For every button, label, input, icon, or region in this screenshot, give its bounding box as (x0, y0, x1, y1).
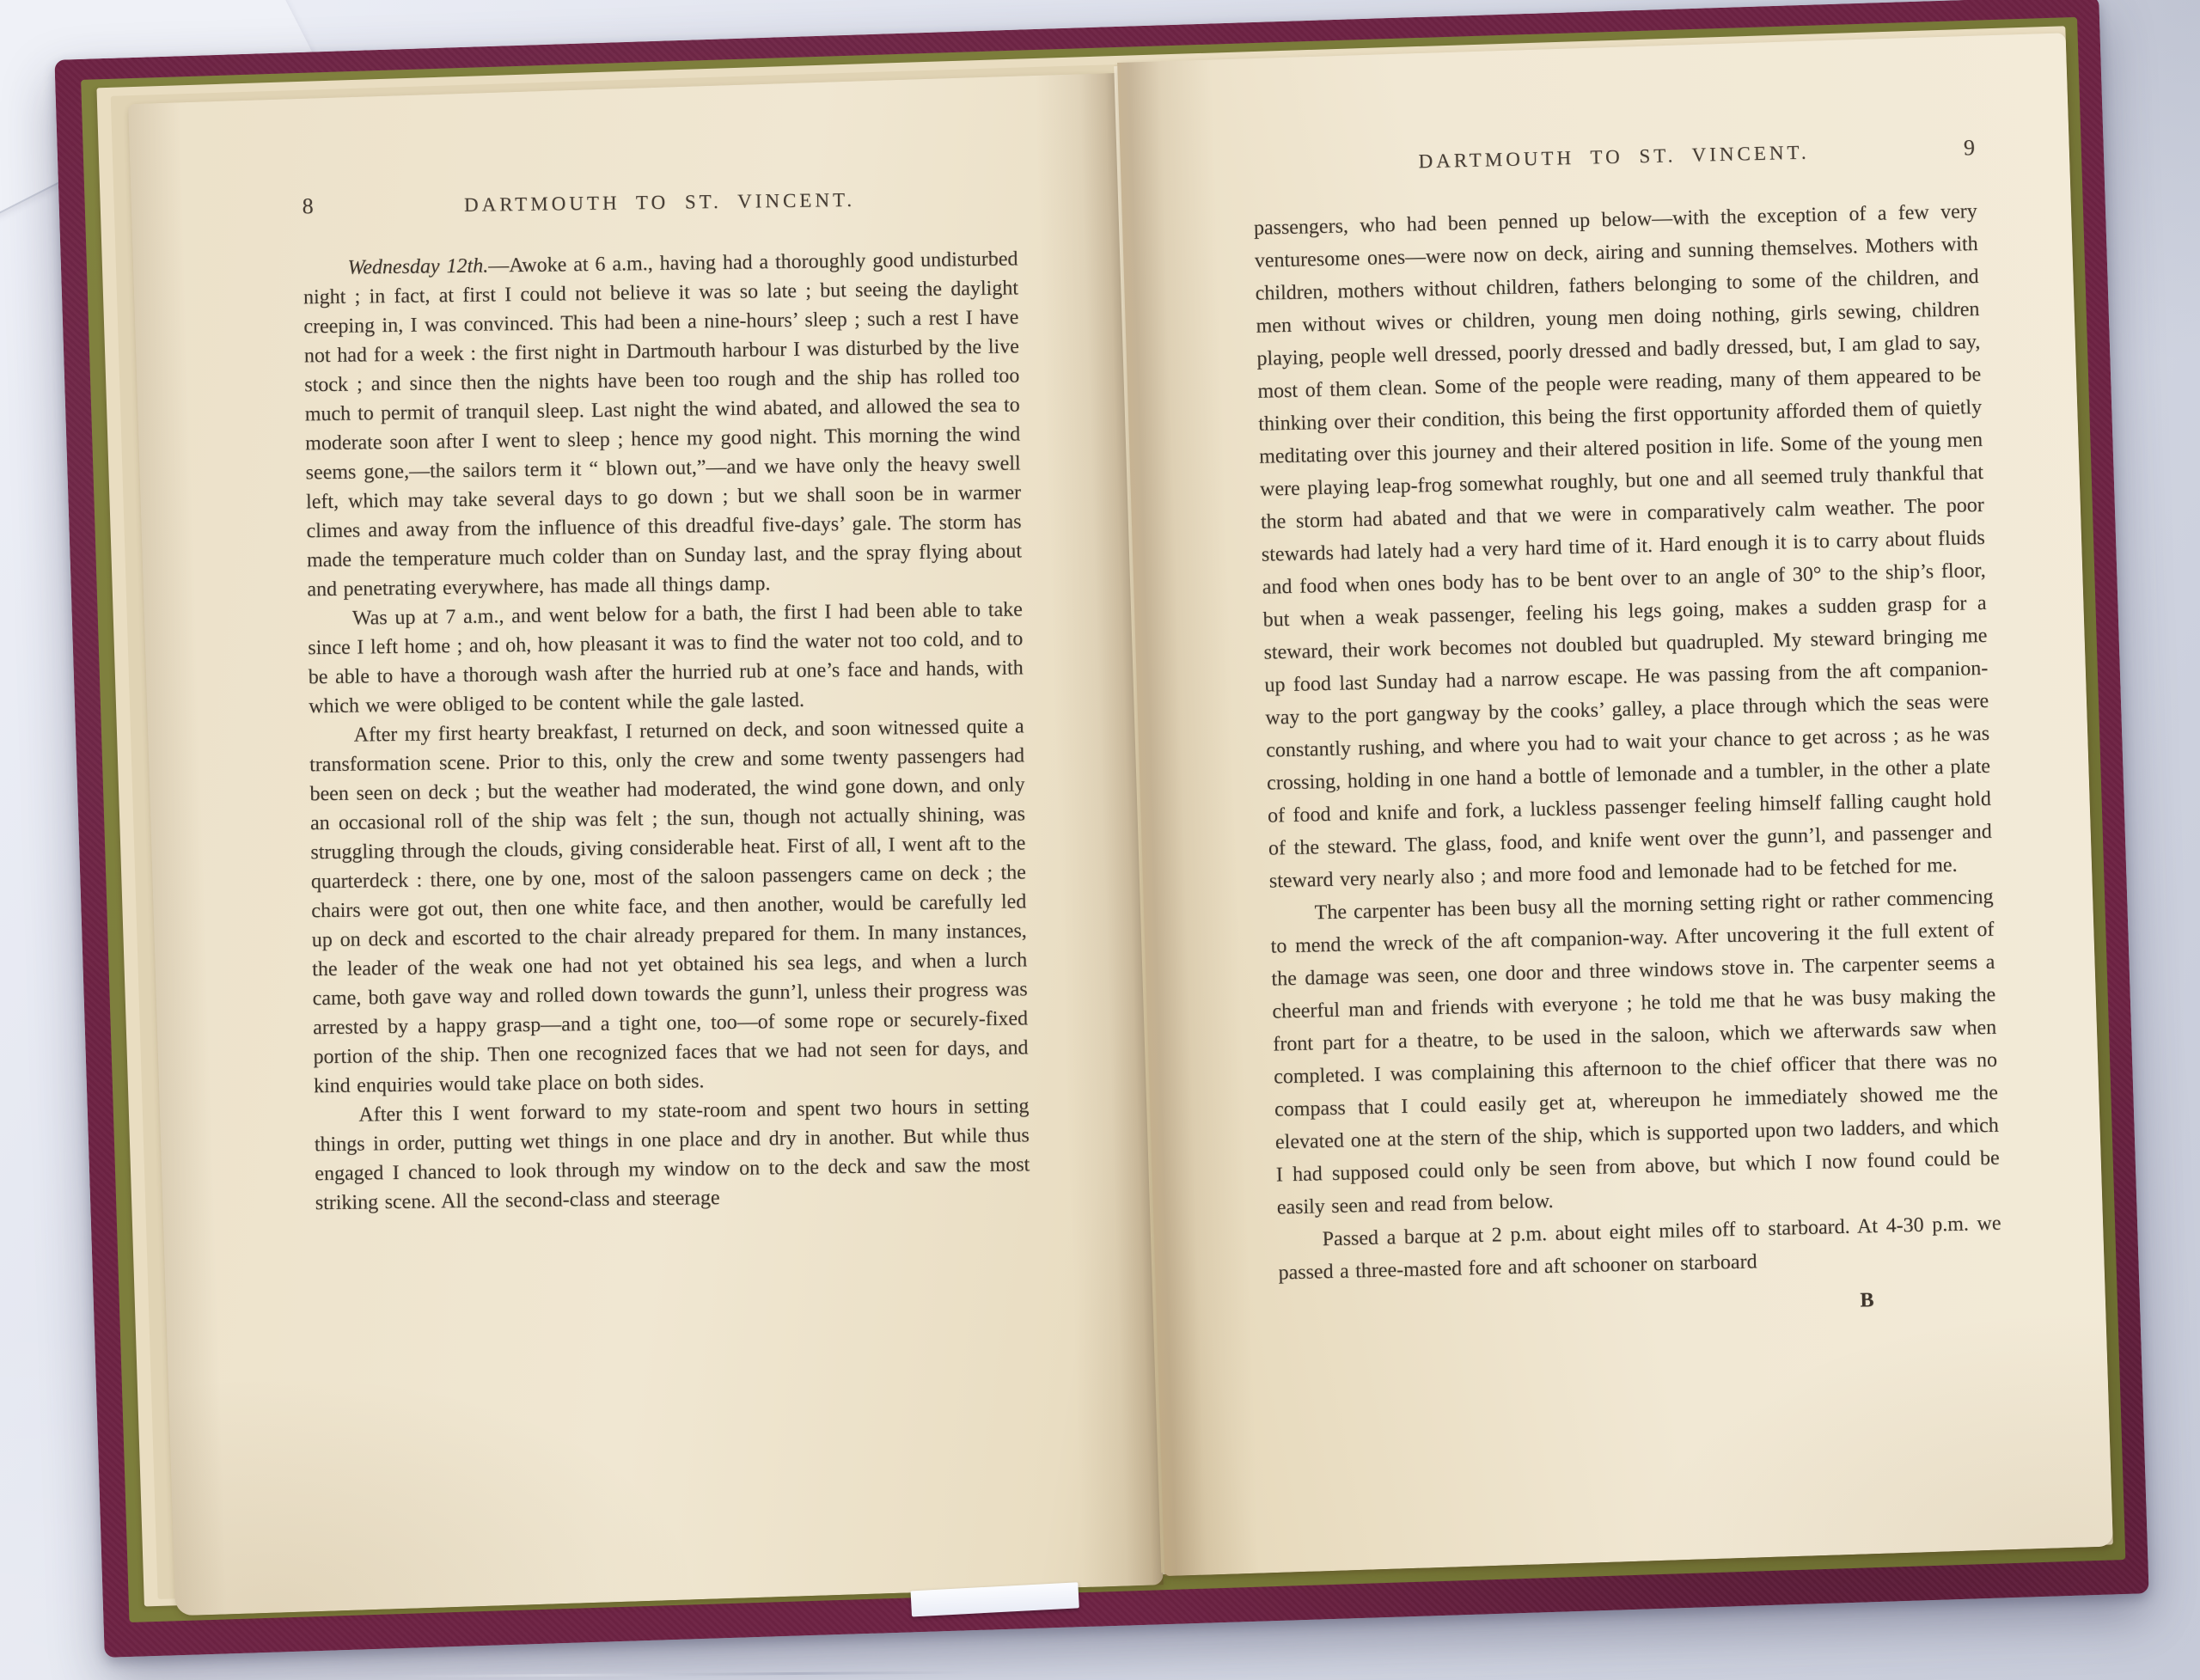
photo-background: 8 DARTMOUTH TO ST. VINCENT. Wednesday 12… (0, 0, 2200, 1680)
paragraph-date-lead: Wednesday 12th. (347, 255, 488, 279)
left-page-number: 8 (302, 192, 362, 219)
right-page-header: DARTMOUTH TO ST. VINCENT. 9 (1252, 135, 1976, 178)
paragraph: passengers, who had been penned up below… (1253, 195, 1993, 898)
right-page-text: passengers, who had been penned up below… (1253, 195, 2002, 1330)
left-page-text: Wednesday 12th.—Awoke at 6 a.m., having … (302, 244, 1030, 1218)
paragraph: Was up at 7 a.m., and went below for a b… (308, 595, 1024, 721)
book: 8 DARTMOUTH TO ST. VINCENT. Wednesday 12… (54, 0, 2148, 1658)
signature-mark: B (1279, 1281, 2003, 1331)
paragraph-text: —Awoke at 6 a.m., having had a thoroughl… (303, 247, 1022, 601)
left-running-head: DARTMOUTH TO ST. VINCENT. (362, 187, 956, 217)
header-spacer (957, 204, 1017, 205)
paragraph: Wednesday 12th.—Awoke at 6 a.m., having … (302, 244, 1022, 604)
paragraph: After my first hearty breakfast, I retur… (309, 712, 1029, 1101)
paragraph: The carpenter has been busy all the morn… (1269, 881, 2001, 1225)
paragraph: After this I went forward to my state-ro… (314, 1091, 1030, 1218)
header-spacer (1252, 170, 1312, 172)
right-running-head: DARTMOUTH TO ST. VINCENT. (1312, 139, 1916, 176)
table-edge-glint (387, 1671, 971, 1678)
right-page-number: 9 (1916, 135, 1977, 162)
right-page: DARTMOUTH TO ST. VINCENT. 9 passengers, … (1117, 33, 2113, 1576)
left-page: 8 DARTMOUTH TO ST. VINCENT. Wednesday 12… (128, 73, 1164, 1616)
left-page-header: 8 DARTMOUTH TO ST. VINCENT. (302, 184, 1017, 219)
